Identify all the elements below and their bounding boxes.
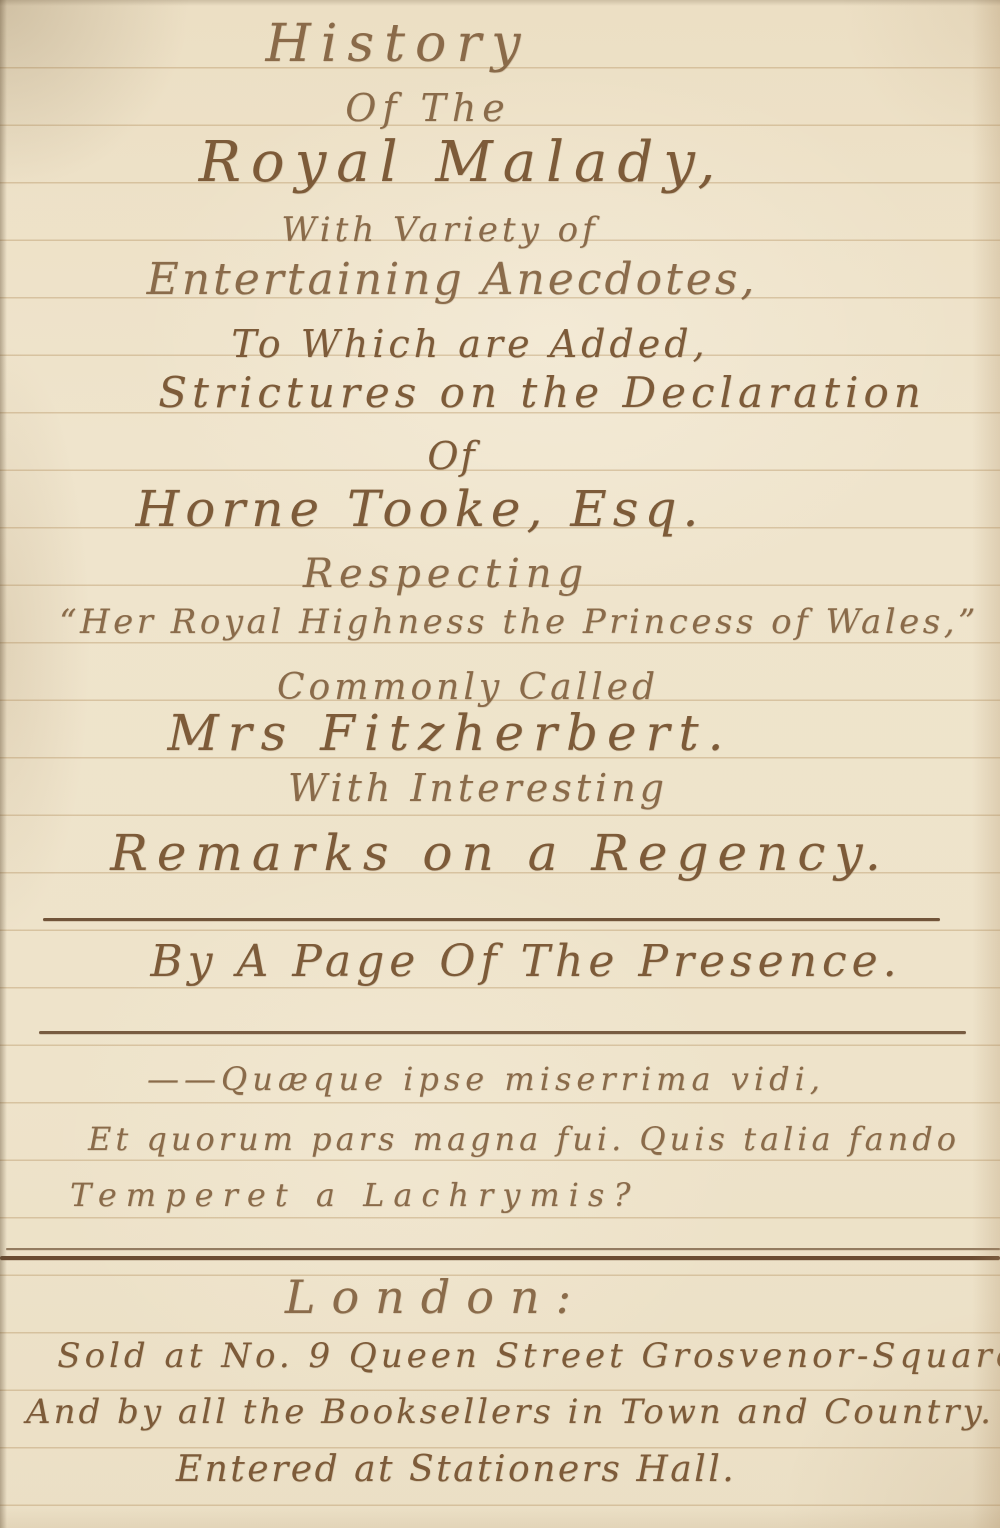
imprint-line-3: And by all the Booksellers in Town and C… (26, 1394, 994, 1431)
title-line-15: Remarks on a Regency. (110, 826, 890, 881)
ink-divider-1 (43, 918, 940, 921)
title-line-7: Strictures on the Declaration (158, 370, 926, 416)
ink-divider-3-thin (6, 1248, 1000, 1250)
title-line-11: “Her Royal Highness the Princess of Wale… (59, 604, 979, 641)
epigraph-line-3: Temperet a Lachrymis? (70, 1178, 639, 1213)
manuscript-page: History Of The Royal Malady, With Variet… (0, 0, 1000, 1528)
title-line-9: Horne Tooke, Esq. (136, 482, 705, 537)
title-line-10: Respecting (303, 552, 589, 596)
title-line-8: Of (427, 436, 476, 478)
title-line-4: With Variety of (281, 212, 598, 249)
imprint-line-2: Sold at No. 9 Queen Street Grosvenor-Squ… (57, 1338, 1000, 1375)
title-line-2: Of The (345, 88, 511, 130)
title-line-14: With Interesting (288, 768, 668, 810)
title-line-5: Entertaining Anecdotes, (147, 256, 758, 304)
imprint-line-1: London: (285, 1272, 587, 1323)
imprint-line-4: Entered at Stationers Hall. (176, 1450, 736, 1490)
ink-divider-2 (39, 1031, 966, 1034)
ink-divider-3-thick (0, 1256, 1000, 1260)
title-line-12: Commonly Called (277, 668, 659, 708)
byline-line: By A Page Of The Presence. (150, 938, 901, 986)
title-line-1: History (265, 16, 530, 73)
epigraph-line-1: ——Quæque ipse miserrima vidi, (147, 1062, 825, 1097)
epigraph-line-2: Et quorum pars magna fui. Quis talia fan… (88, 1122, 960, 1157)
title-line-3: Royal Malady, (199, 132, 725, 194)
title-line-6: To Which are Added, (231, 324, 708, 366)
title-line-13: Mrs Fitzherbert. (168, 706, 733, 761)
